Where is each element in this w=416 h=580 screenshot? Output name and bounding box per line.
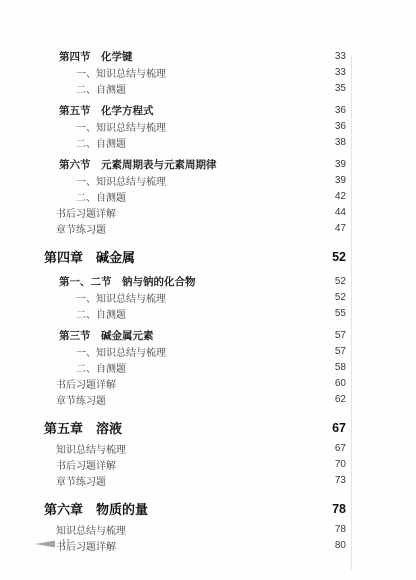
- toc-entry: 二、自测题38: [0, 134, 416, 150]
- toc-entry-page: 33: [312, 51, 346, 62]
- toc-entry-title: 第四节 化学键: [0, 49, 312, 64]
- toc-entry-title: 第四章 碱金属: [0, 247, 312, 266]
- toc-entry-page: 62: [312, 394, 346, 405]
- toc-entry: 一、知识总结与梳理33: [0, 64, 416, 80]
- toc-entry-title: 书后习题详解: [0, 376, 312, 391]
- toc-entry: 知识总结与梳理78: [0, 521, 416, 537]
- toc-entry: 第四章 碱金属52: [0, 246, 416, 267]
- toc-entry-page: 52: [312, 292, 346, 303]
- toc-entry-page: 58: [312, 362, 346, 373]
- toc-entry-page: 39: [312, 159, 346, 170]
- toc-entry-page: 44: [312, 207, 346, 218]
- toc-entry: 一、知识总结与梳理57: [0, 343, 416, 359]
- toc-entry-page: 47: [312, 223, 346, 234]
- toc-entry-page: 42: [312, 191, 346, 202]
- toc-entry-title: 第五章 溶液: [0, 418, 312, 437]
- toc-entry: 一、知识总结与梳理39: [0, 172, 416, 188]
- toc-entry-page: 52: [312, 276, 346, 287]
- toc-entry: 第六节 元素周期表与元素周期律39: [0, 156, 416, 172]
- toc-entry-page: 36: [312, 105, 346, 116]
- toc-entry-page: 52: [312, 250, 346, 264]
- page-footer: II: [35, 538, 71, 549]
- toc-entry-title: 章节练习题: [0, 221, 312, 236]
- toc-entry-page: 78: [312, 502, 346, 516]
- toc-entry: 第六章 物质的量78: [0, 498, 416, 519]
- toc-entry-title: 二、自测题: [0, 135, 312, 150]
- left-triangle-icon: [35, 540, 55, 548]
- table-of-contents: 第四节 化学键33一、知识总结与梳理33二、自测题35第五节 化学方程式36一、…: [0, 0, 416, 553]
- toc-entry-title: 一、知识总结与梳理: [0, 65, 312, 80]
- toc-entry: 书后习题详解60: [0, 375, 416, 391]
- toc-entry-title: 二、自测题: [0, 189, 312, 204]
- toc-entry-title: 第五节 化学方程式: [0, 103, 312, 118]
- toc-entry: 第五章 溶液67: [0, 417, 416, 438]
- toc-entry: 一、知识总结与梳理52: [0, 289, 416, 305]
- toc-entry-title: 第六节 元素周期表与元素周期律: [0, 157, 312, 172]
- toc-entry: 章节练习题73: [0, 472, 416, 488]
- toc-entry: 第五节 化学方程式36: [0, 102, 416, 118]
- toc-entry-page: 80: [312, 540, 346, 551]
- toc-entry: 书后习题详解70: [0, 456, 416, 472]
- toc-entry-page: 60: [312, 378, 346, 389]
- toc-entry-page: 38: [312, 137, 346, 148]
- toc-entry-title: 第六章 物质的量: [0, 499, 312, 518]
- toc-entry: 知识总结与梳理67: [0, 440, 416, 456]
- toc-entry-page: 33: [312, 67, 346, 78]
- page-edge-line: [351, 55, 352, 570]
- toc-entry-title: 一、知识总结与梳理: [0, 173, 312, 188]
- toc-entry: 二、自测题42: [0, 188, 416, 204]
- toc-entry-title: 知识总结与梳理: [0, 441, 312, 456]
- toc-entry-title: 第三节 碱金属元素: [0, 328, 312, 343]
- toc-entry-page: 73: [312, 475, 346, 486]
- toc-entry-page: 78: [312, 524, 346, 535]
- toc-entry-title: 二、自测题: [0, 81, 312, 96]
- toc-entry-page: 55: [312, 308, 346, 319]
- toc-entry-title: 一、知识总结与梳理: [0, 344, 312, 359]
- toc-entry-page: 39: [312, 175, 346, 186]
- toc-entry-page: 67: [312, 443, 346, 454]
- toc-entry: 二、自测题35: [0, 80, 416, 96]
- toc-entry: 章节练习题47: [0, 220, 416, 236]
- toc-entry-title: 一、知识总结与梳理: [0, 290, 312, 305]
- toc-entry-title: 书后习题详解: [0, 205, 312, 220]
- toc-entry-page: 36: [312, 121, 346, 132]
- toc-entry-page: 57: [312, 330, 346, 341]
- toc-entry: 书后习题详解44: [0, 204, 416, 220]
- toc-entry-page: 35: [312, 83, 346, 94]
- toc-entry-title: 一、知识总结与梳理: [0, 119, 312, 134]
- toc-entry-title: 章节练习题: [0, 473, 312, 488]
- toc-entry-title: 知识总结与梳理: [0, 522, 312, 537]
- toc-entry: 第一、二节 钠与钠的化合物52: [0, 273, 416, 289]
- toc-entry: 第三节 碱金属元素57: [0, 327, 416, 343]
- toc-entry: 章节练习题62: [0, 391, 416, 407]
- toc-entry-title: 二、自测题: [0, 306, 312, 321]
- toc-entry: 一、知识总结与梳理36: [0, 118, 416, 134]
- toc-entry-page: 70: [312, 459, 346, 470]
- toc-entry-title: 书后习题详解: [0, 457, 312, 472]
- toc-entry-title: 第一、二节 钠与钠的化合物: [0, 274, 312, 289]
- toc-entry: 二、自测题58: [0, 359, 416, 375]
- toc-entry-title: 章节练习题: [0, 392, 312, 407]
- toc-entry-page: 67: [312, 421, 346, 435]
- toc-entry-title: 二、自测题: [0, 360, 312, 375]
- toc-entry-page: 57: [312, 346, 346, 357]
- toc-entry: 二、自测题55: [0, 305, 416, 321]
- toc-entry: 第四节 化学键33: [0, 48, 416, 64]
- folio-page-number: II: [62, 538, 71, 549]
